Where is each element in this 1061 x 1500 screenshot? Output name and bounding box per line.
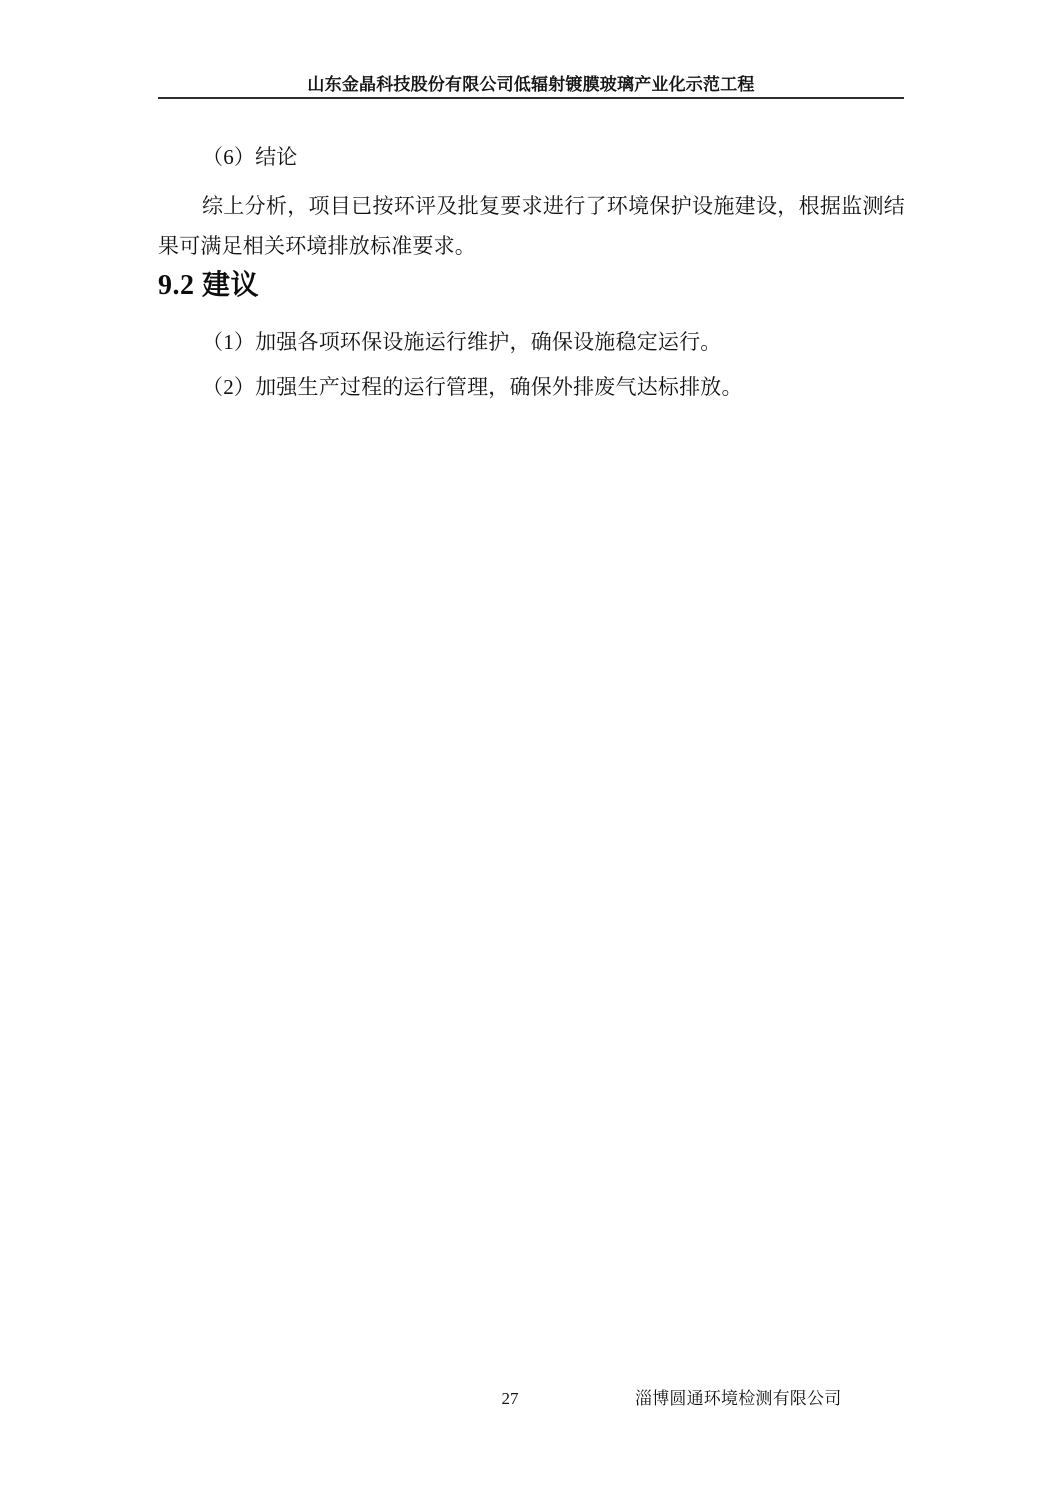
footer-page-number: 27: [470, 1389, 550, 1409]
footer-company-name: 淄博圆通环境检测有限公司: [635, 1388, 841, 1410]
suggestion-item-2: （2）加强生产过程的运行管理，确保外排废气达标排放。: [158, 367, 905, 407]
header-rule: [158, 97, 904, 99]
conclusion-label: （6）结论: [158, 137, 905, 177]
document-page: 山东金晶科技股份有限公司低辐射镀膜玻璃产业化示范工程 （6）结论 综上分析，项目…: [0, 0, 1061, 1500]
suggestion-item-1: （1）加强各项环保设施运行维护，确保设施稳定运行。: [158, 322, 905, 362]
section-heading-9-2: 9.2 建议: [158, 266, 905, 306]
conclusion-paragraph: 综上分析，项目已按环评及批复要求进行了环境保护设施建设，根据监测结果可满足相关环…: [158, 186, 905, 266]
header-title: 山东金晶科技股份有限公司低辐射镀膜玻璃产业化示范工程: [158, 74, 904, 95]
